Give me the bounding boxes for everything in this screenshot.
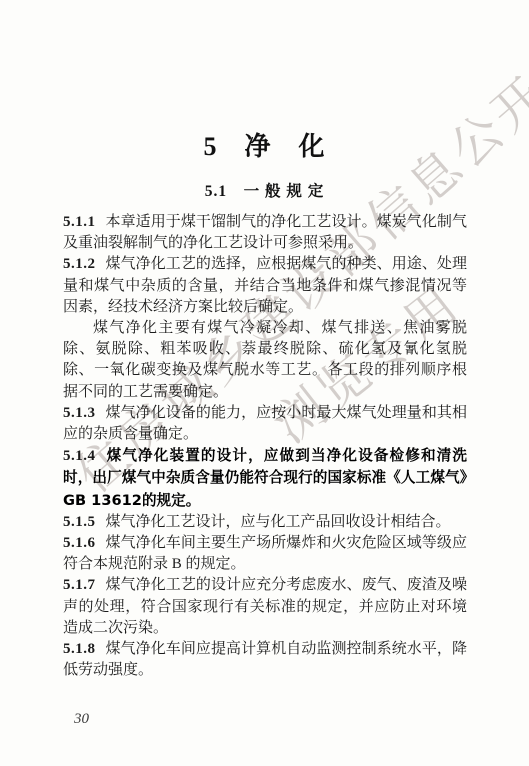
clause-text: 煤气净化设备的能力，应按小时最大煤气处理量和其相应的杂质含量确定。 — [63, 405, 467, 442]
paragraph: 5.1.7煤气净化工艺的设计应充分考虑废水、废气、废渣及噪声的处理，符合国家现行… — [63, 575, 467, 639]
paragraph: 5.1.8煤气净化车间应提高计算机自动监测控制系统水平，降低劳动强度。 — [63, 639, 467, 681]
clause-text: 煤气净化装置的设计，应做到当净化设备检修和清洗时，出厂煤气中杂质含量仍能符合现行… — [63, 447, 467, 508]
clause-text: 煤气净化工艺设计，应与化工产品回收设计相结合。 — [106, 514, 451, 530]
paragraph: 5.1.4煤气净化装置的设计，应做到当净化设备检修和清洗时，出厂煤气中杂质含量仍… — [63, 445, 467, 512]
page-number: 30 — [74, 711, 89, 728]
clause-text: 煤气净化工艺的选择，应根据煤气的种类、用途、处理量和煤气中杂质的含量，并结合当地… — [63, 256, 467, 314]
paragraph: 5.1.6煤气净化车间主要生产场所爆炸和火灾危险区域等级应符合本规范附录 B 的… — [63, 533, 467, 575]
clause-number: 5.1.6 — [63, 535, 96, 551]
paragraph: 煤气净化主要有煤气冷凝冷却、煤气排送、焦油雾脱除、氨脱除、粗苯吸收、萘最终脱除、… — [63, 318, 467, 403]
clause-number: 5.1.2 — [63, 256, 96, 272]
clause-number: 5.1.1 — [63, 214, 96, 230]
clause-text: 煤气净化主要有煤气冷凝冷却、煤气排送、焦油雾脱除、氨脱除、粗苯吸收、萘最终脱除、… — [63, 320, 467, 400]
paragraph-list: 5.1.1本章适用于煤干馏制气的净化工艺设计。煤炭气化制气及重油裂解制气的净化工… — [63, 212, 467, 681]
paragraph: 5.1.5煤气净化工艺设计，应与化工产品回收设计相结合。 — [63, 512, 467, 533]
chapter-title: 5 净 化 — [0, 126, 529, 163]
paragraph: 5.1.3煤气净化设备的能力，应按小时最大煤气处理量和其相应的杂质含量确定。 — [63, 403, 467, 445]
clause-number: 5.1.5 — [63, 514, 96, 530]
clause-text: 本章适用于煤干馏制气的净化工艺设计。煤炭气化制气及重油裂解制气的净化工艺设计可参… — [63, 214, 467, 251]
clause-number: 5.1.8 — [63, 641, 96, 657]
clause-number: 5.1.4 — [63, 448, 96, 464]
paragraph: 5.1.1本章适用于煤干馏制气的净化工艺设计。煤炭气化制气及重油裂解制气的净化工… — [63, 212, 467, 254]
clause-text: 煤气净化车间主要生产场所爆炸和火灾危险区域等级应符合本规范附录 B 的规定。 — [63, 535, 467, 572]
clause-text: 煤气净化工艺的设计应充分考虑废水、废气、废渣及噪声的处理，符合国家现行有关标准的… — [63, 577, 467, 635]
section-heading: 5.1 一 般 规 定 — [0, 179, 529, 201]
clause-number: 5.1.7 — [63, 577, 96, 593]
paragraph: 5.1.2煤气净化工艺的选择，应根据煤气的种类、用途、处理量和煤气中杂质的含量，… — [63, 254, 467, 318]
document-page: 住房城乡建设部信息公开 浏览专用 5 净 化 5.1 一 般 规 定 5.1.1… — [0, 0, 529, 766]
clause-number: 5.1.3 — [63, 405, 96, 421]
clause-text: 煤气净化车间应提高计算机自动监测控制系统水平，降低劳动强度。 — [63, 641, 467, 678]
